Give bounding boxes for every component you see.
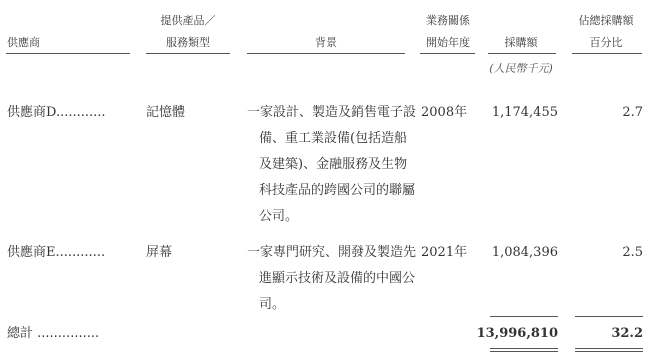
total-top-rule-amount [490,316,558,317]
total-double-rule-amount-2 [490,351,558,352]
header-underline-background [247,53,405,54]
row-amount: 1,084,396 [470,241,558,265]
header-amount: 採購額 [487,34,555,52]
total-label: 總計 ............... [7,322,99,346]
header-pct-line2: 百分比 [570,34,642,52]
total-amount: 13,996,810 [470,322,558,346]
row-background-line: 公司。 [259,205,298,229]
row-background-line: 一家設計、製造及銷售電子設 [247,101,416,125]
row-product: 記憶體 [146,101,185,125]
header-underline-start [420,53,475,54]
row-background-line: 進顯示技術及設備的中國公 [259,267,415,291]
total-top-rule-pct [575,316,643,317]
header-product-line1: 提供產品／ [146,12,230,30]
row-background-line: 科技產品的跨國公司的聯屬 [259,179,415,203]
header-start-line2: 開始年度 [415,34,481,52]
row-supplier: 供應商D............ [7,101,106,125]
total-pct: 32.2 [580,322,643,346]
header-underline-product [146,53,230,54]
row-pct: 2.7 [580,101,643,125]
header-background: 背景 [247,34,405,52]
total-double-rule-pct-2 [575,351,643,352]
header-underline-pct [572,53,642,54]
row-amount: 1,174,455 [470,101,558,125]
row-background-line: 一家專門研究、開發及製造先 [247,241,416,265]
header-underline-amount [488,53,556,54]
row-background-line: 備、重工業設備(包括造船 [259,127,407,151]
row-start-year: 2021年 [421,241,467,265]
row-start-year: 2008年 [421,101,467,125]
header-underline-supplier [6,53,130,54]
total-double-rule-pct-1 [575,348,643,349]
row-product: 屏幕 [146,241,172,265]
header-amount-unit: (人民幣千元) [480,60,562,76]
header-pct-line1: 佔總採購額 [570,12,642,30]
header-product-line2: 服務類型 [146,34,230,52]
row-background-line: 及建築)、金融服務及生物 [259,153,407,177]
total-double-rule-amount-1 [490,348,558,349]
row-background-line: 司。 [259,293,285,317]
row-supplier: 供應商E............ [7,241,105,265]
header-start-line1: 業務關係 [415,12,481,30]
header-supplier: 供應商 [7,34,40,52]
row-pct: 2.5 [580,241,643,265]
